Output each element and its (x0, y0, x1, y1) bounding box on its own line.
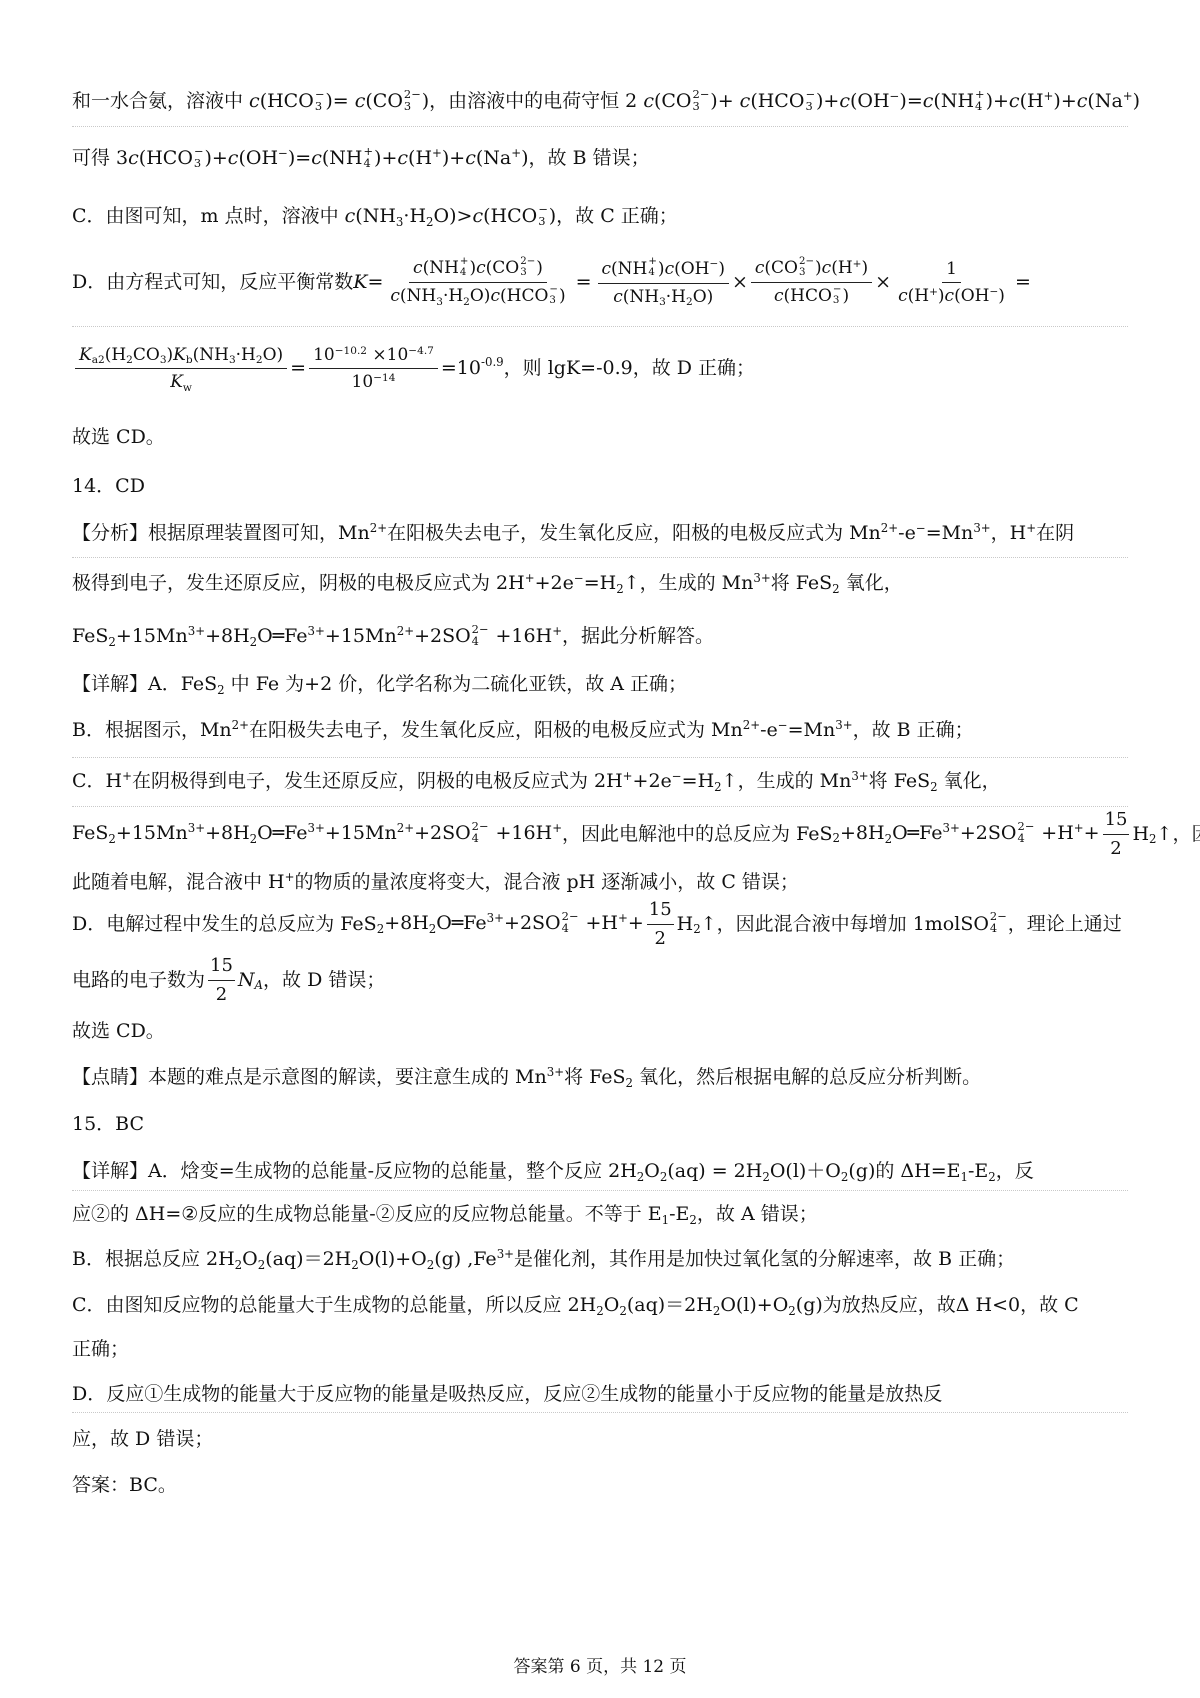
text-line: D．电解过程中发生的总反应为 FeS2+8H2O═Fe3++2SO2−4 +H+… (72, 902, 1128, 946)
text: 氧化， (938, 770, 1001, 792)
text: ，因 (1172, 825, 1200, 844)
dotted-rule (72, 1412, 1128, 1413)
fraction: c(NH+4)c(CO2−3) c(NH3·H2O)c(HCO−3) (386, 258, 569, 308)
document-page: 和一水合氨，溶液中 c(HCO−3)= c(CO2−3)，由溶液中的电荷守恒 2… (0, 0, 1200, 1698)
text: 此随着电解，混合液中 H (72, 871, 285, 893)
text: 和一水合氨，溶液中 (72, 90, 249, 112)
text: 将 FeS (869, 770, 930, 792)
text: 氧化， (840, 572, 903, 594)
text: 的物质的量浓度将变大，混合液 pH 逐渐减小，故 C 错误； (294, 871, 798, 893)
text: 极得到电子，发生还原反应，阴极的电极反应式为 2H (72, 572, 525, 594)
question-heading-14: 14．CD (72, 477, 1128, 496)
text-line: B．根据总反应 2H2O2(aq)＝2H2O(l)+O2(g) ,Fe3+是催化… (72, 1250, 1128, 1269)
text-line: C．由图可知，m 点时，溶液中 c(NH3·H2O)>c(HCO−3)，故 C … (72, 205, 1128, 229)
text: ，则 lgK=-0.9，故 D 正确； (504, 359, 755, 378)
text: 【详解】A．焓变=生成物的总能量-反应物的总能量，整个反应 2H (72, 1160, 637, 1182)
fraction: 1 c(H+)c(OH−) (894, 259, 1009, 307)
text-line: 此随着电解，混合液中 H+的物质的量浓度将变大，混合液 pH 逐渐减小，故 C … (72, 873, 1128, 892)
fraction: 152 (208, 955, 235, 1005)
text: 15 (1103, 809, 1130, 835)
dotted-rule (72, 1190, 1128, 1191)
text: ，因此电解池中的总反应为 FeS (562, 825, 832, 844)
text: 应②的 ΔH=②反应的生成物总能量-②反应的反应物总能量。不等于 E (72, 1203, 662, 1225)
text: ，据此分析解答。 (562, 625, 714, 647)
text: ，故 D 错误； (263, 971, 385, 990)
text-line: C．由图知反应物的总能量大于生成物的总能量，所以反应 2H2O2(aq)＝2H2… (72, 1296, 1128, 1315)
text: 2 (1108, 835, 1123, 860)
text: 15 (208, 955, 235, 981)
text-line: 【详解】A．焓变=生成物的总能量-反应物的总能量，整个反应 2H2O2(aq) … (72, 1162, 1128, 1181)
text: 2 (214, 981, 229, 1006)
text: ，生成的 Mn (640, 572, 754, 594)
text: ，故 B 错误； (529, 147, 650, 169)
text: ，理论上通过 (1008, 915, 1122, 934)
text: 在阳极失去电子，发生氧化反应，阳极的电极反应式为 Mn (249, 719, 743, 741)
text: B．根据总反应 2H (72, 1248, 235, 1270)
text-line: C．H+在阴极得到电子，发生还原反应，阴极的电极反应式为 2H++2e−=H2↑… (72, 772, 1128, 791)
question-heading-15: 15．BC (72, 1115, 1128, 1134)
text-line: B．根据图示，Mn2+在阳极失去电子，发生氧化反应，阳极的电极反应式为 Mn2+… (72, 721, 1128, 740)
text: −10.2 (335, 345, 367, 357)
text-line: 和一水合氨，溶液中 c(HCO−3)= c(CO2−3)，由溶液中的电荷守恒 2… (72, 90, 1128, 114)
text-line: D．反应①生成物的能量大于反应物的能量是吸热反应，反应②生成物的能量小于反应物的… (72, 1385, 1128, 1404)
dotted-rule (72, 557, 1128, 558)
text: 在阴极得到电子，发生还原反应，阴极的电极反应式为 2H (132, 770, 623, 792)
fraction: Ka2(H2CO3)Kb(NH3·H2O) Kw (75, 345, 287, 393)
text-line: FeS2+15Mn3++8H2O═Fe3++15Mn2++2SO2−4 +16H… (72, 625, 1128, 649)
dotted-rule (72, 326, 1128, 327)
text-line: 电路的电子数为 152 NA，故 D 错误； (72, 958, 1128, 1002)
text: 是催化剂，其作用是加快过氧化氢的分解速率，故 B 正确； (514, 1248, 1015, 1270)
text: 【详解】A．FeS (72, 673, 217, 695)
text: 在阳极失去电子，发生氧化反应，阳极的电极反应式为 Mn (387, 522, 881, 544)
text: 电路的电子数为 (72, 971, 205, 990)
text: 中 Fe 为+2 价，化学名称为二硫化亚铁，故 A 正确； (225, 673, 687, 695)
conclusion: 故选 CD。 (72, 428, 1128, 447)
fraction: 152 (1103, 809, 1130, 859)
text: ，由溶液中的电荷守恒 2 (429, 90, 643, 112)
text: −14 (373, 372, 395, 384)
text: 将 FeS (771, 572, 832, 594)
equation-line: Ka2(H2CO3)Kb(NH3·H2O) Kw = 10−10.2 ×10−4… (72, 345, 1128, 393)
text: 可得 3 (72, 147, 128, 169)
text-line: 【详解】A．FeS2 中 Fe 为+2 价，化学名称为二硫化亚铁，故 A 正确； (72, 675, 1128, 694)
text: =10 (441, 359, 481, 378)
text-line: 应②的 ΔH=②反应的生成物总能量-②反应的反应物总能量。不等于 E1-E2，故… (72, 1205, 1128, 1224)
text: 15 (647, 899, 674, 925)
text: ，因此混合液中每增加 1molSO (717, 915, 989, 934)
text: 10 (352, 372, 374, 392)
fraction: c(CO2−3)c(H+) c(HCO−3) (751, 258, 872, 308)
page-footer: 答案第 6 页，共 12 页 (0, 1652, 1200, 1677)
fraction: 10−10.2 ×10−4.7 10−14 (309, 345, 438, 393)
fraction: 152 (647, 899, 674, 949)
conclusion: 故选 CD。 (72, 1022, 1128, 1041)
dotted-rule (72, 757, 1128, 758)
text-line: 正确； (72, 1340, 1128, 1359)
text: ，故 B 正确； (853, 719, 974, 741)
text-line: 【点睛】本题的难点是示意图的解读，要注意生成的 Mn3+将 FeS2 氧化，然后… (72, 1068, 1128, 1087)
dotted-rule (72, 126, 1128, 127)
text: B．根据图示，Mn (72, 719, 232, 741)
text: 氧化，然后根据电解的总反应分析判断。 (633, 1066, 981, 1088)
text: C．由图可知，m 点时，溶液中 (72, 205, 345, 227)
text: ，故 A 错误； (697, 1203, 818, 1225)
text: C．由图知反应物的总能量大于生成物的总能量，所以反应 2H (72, 1294, 596, 1316)
text-line: 极得到电子，发生还原反应，阴极的电极反应式为 2H++2e−=H2↑，生成的 M… (72, 574, 1128, 593)
text-line: 【分析】根据原理装置图可知，Mn2+在阳极失去电子，发生氧化反应，阳极的电极反应… (72, 524, 1128, 543)
text-line: 应，故 D 错误； (72, 1430, 1128, 1449)
fraction: c(NH+4)c(OH−) c(NH3·H2O) (598, 259, 729, 308)
text: C．H (72, 770, 122, 792)
dotted-rule (72, 806, 1128, 807)
text: 【点睛】本题的难点是示意图的解读，要注意生成的 Mn (72, 1066, 547, 1088)
text: ，故 C 正确； (556, 205, 678, 227)
text: ，反 (996, 1160, 1034, 1182)
text: D．电解过程中发生的总反应为 FeS (72, 915, 377, 934)
text-line: 可得 3c(HCO−3)+c(OH−)=c(NH+4)+c(H+)+c(Na+)… (72, 147, 1128, 171)
text: 将 FeS (564, 1066, 625, 1088)
text: 10 (313, 345, 335, 365)
text: D．由方程式可知，反应平衡常数 (72, 273, 353, 292)
text: ，生成的 Mn (738, 770, 852, 792)
text-line: FeS2+15Mn3++8H2O═Fe3++15Mn2++2SO2−4 +16H… (72, 812, 1128, 856)
text: −4.7 (408, 345, 434, 357)
text: 在阴 (1036, 522, 1074, 544)
text: 为放热反应，故Δ H<0，故 C (823, 1294, 1079, 1316)
text: 【分析】根据原理装置图可知，Mn (72, 522, 370, 544)
final-answer: 答案：BC。 (72, 1476, 1128, 1495)
equation-line: D．由方程式可知，反应平衡常数 K= c(NH+4)c(CO2−3) c(NH3… (72, 258, 1128, 308)
text: 2 (652, 925, 667, 950)
text: ，H (991, 522, 1027, 544)
